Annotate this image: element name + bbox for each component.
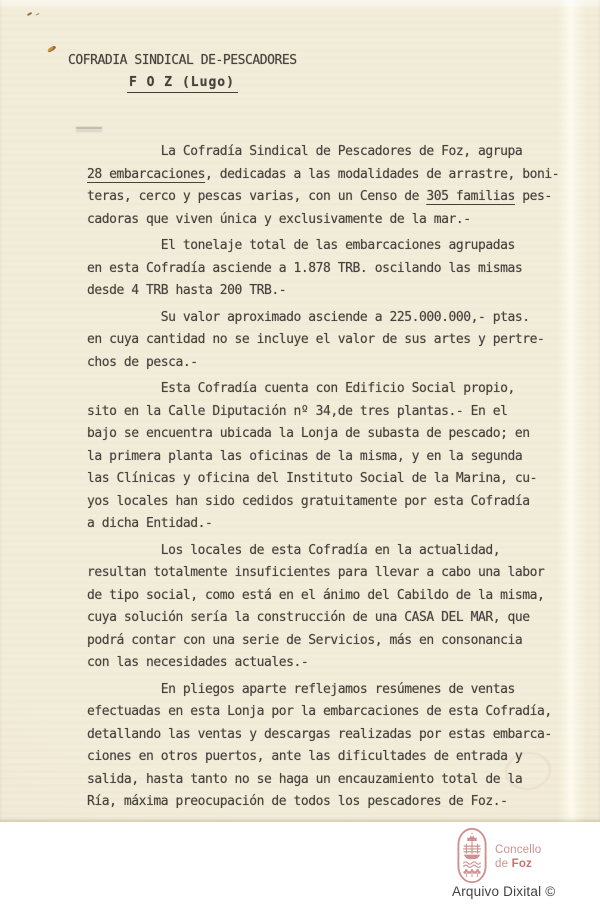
document-page: COFRADIA SINDICAL DE-PESCADORES F O Z (L… xyxy=(0,0,600,822)
document-line: cuya solución sería la construcción de u… xyxy=(87,607,557,630)
document-line: Los locales de esta Cofradía en la actua… xyxy=(87,540,557,563)
document-line: sito en la Calle Diputación nº 34,de tre… xyxy=(87,401,557,424)
paragraph: Los locales de esta Cofradía en la actua… xyxy=(87,540,557,675)
archive-watermark: Concello de Foz Arquivo Dixital © xyxy=(0,822,600,918)
document-line: efectuadas en esta Lonja por la embarcac… xyxy=(87,701,557,724)
paragraph: El tonelaje total de las embarcaciones a… xyxy=(87,235,557,303)
paragraph: En pliegos aparte reflejamos resúmenes d… xyxy=(87,679,557,814)
document-line: La Cofradía Sindical de Pescadores de Fo… xyxy=(87,141,557,164)
document-line: cadoras que viven única y exclusivamente… xyxy=(87,209,557,232)
document-line: chos de pesca.- xyxy=(87,352,557,375)
document-line: ciones en otros puertos, ante las dificu… xyxy=(87,746,557,769)
pencil-smudge xyxy=(76,127,102,129)
document-line: teras, cerco y pescas varias, con un Cen… xyxy=(87,186,557,209)
document-line: yos locales han sido cedidos gratuitamen… xyxy=(87,491,557,514)
document-line: 28 embarcaciones, dedicadas a las modali… xyxy=(87,164,557,187)
paragraph: Esta Cofradía cuenta con Edificio Social… xyxy=(87,378,557,536)
document-line: Su valor aproximado asciende a 225.000.0… xyxy=(87,307,557,330)
scanned-document: COFRADIA SINDICAL DE-PESCADORES F O Z (L… xyxy=(0,0,600,918)
document-line: podrá contar con una serie de Servicios,… xyxy=(87,630,557,653)
document-line: Ría, máxima preocupación de todos los pe… xyxy=(87,791,557,814)
paragraph: La Cofradía Sindical de Pescadores de Fo… xyxy=(87,141,557,231)
watermark-org-line2: de Foz xyxy=(495,858,541,872)
document-line: El tonelaje total de las embarcaciones a… xyxy=(87,235,557,258)
document-subtitle: F O Z (Lugo) xyxy=(127,75,238,93)
paper-stain xyxy=(27,12,32,16)
document-line: a dicha Entidad.- xyxy=(87,513,557,536)
document-line: En pliegos aparte reflejamos resúmenes d… xyxy=(87,679,557,702)
document-line: con las necesidades actuales.- xyxy=(87,652,557,675)
concello-de-foz-coat-of-arms-icon xyxy=(457,827,487,884)
paper-stain xyxy=(47,45,56,53)
document-line: desde 4 TRB hasta 200 TRB.- xyxy=(87,280,557,303)
document-body: La Cofradía Sindical de Pescadores de Fo… xyxy=(87,141,557,818)
document-title: COFRADIA SINDICAL DE-PESCADORES xyxy=(68,53,297,69)
document-line: salida, hasta tanto no se haga un encauz… xyxy=(87,769,557,792)
watermark-org-name: Concello de Foz xyxy=(495,844,541,871)
document-line: detallando las ventas y descargas realiz… xyxy=(87,724,557,747)
document-line: bajo se encuentra ubicada la Lonja de su… xyxy=(87,423,557,446)
watermark-org-line1: Concello xyxy=(495,844,541,858)
document-line: en cuya cantidad no se incluye el valor … xyxy=(87,329,557,352)
document-line: resultan totalmente insuficientes para l… xyxy=(87,562,557,585)
document-line: de tipo social, como está en el ánimo de… xyxy=(87,585,557,608)
paragraph: Su valor aproximado asciende a 225.000.0… xyxy=(87,307,557,375)
document-line: Esta Cofradía cuenta con Edificio Social… xyxy=(87,378,557,401)
document-line: las Clínicas y oficina del Instituto Soc… xyxy=(87,468,557,491)
document-line: en esta Cofradía asciende a 1.878 TRB. o… xyxy=(87,258,557,281)
watermark-caption: Arquivo Dixital © xyxy=(452,884,555,900)
watermark-org-bold: Foz xyxy=(512,858,532,870)
document-line: la primera planta las oficinas de la mis… xyxy=(87,446,557,469)
